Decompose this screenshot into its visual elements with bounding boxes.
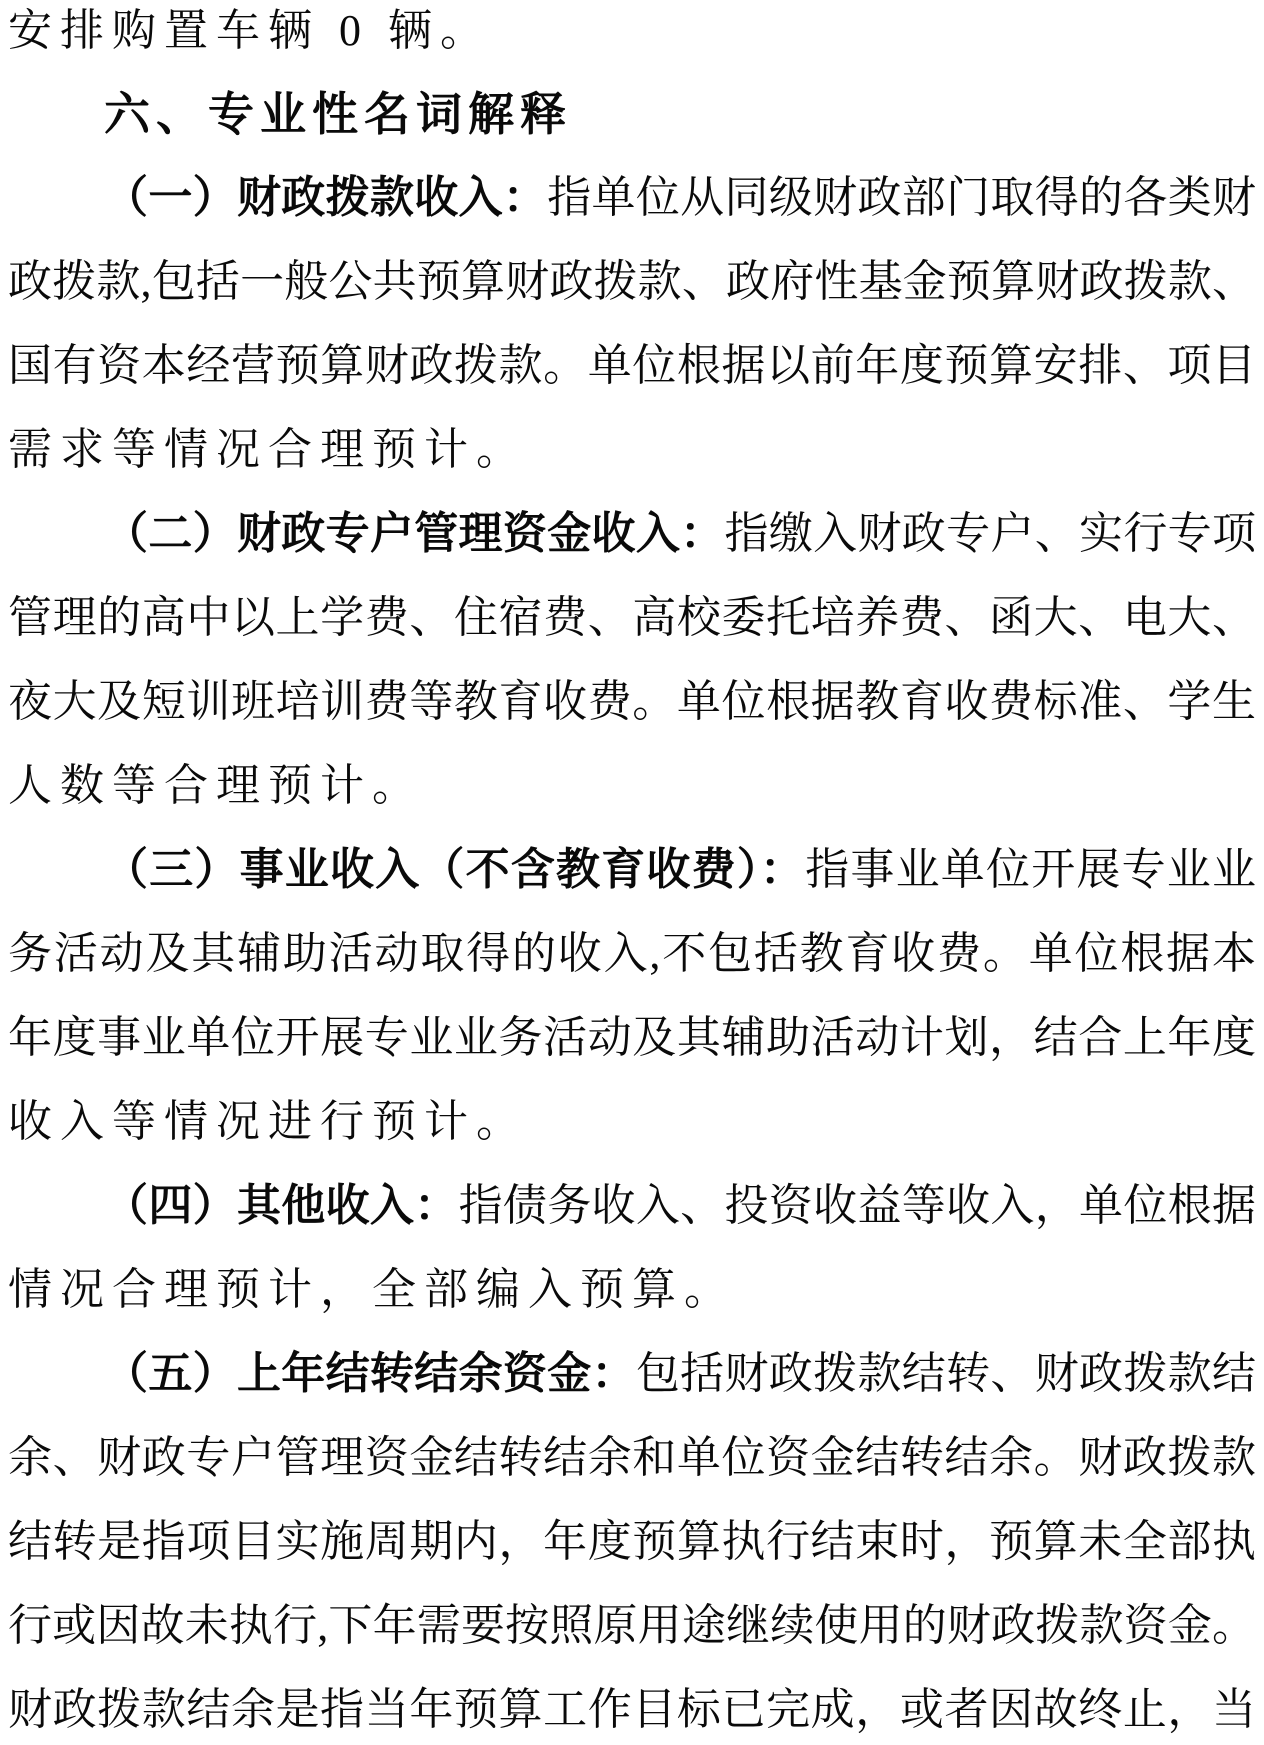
intro-line-text: 安排购置车辆 0 辆。 <box>8 6 492 55</box>
paragraph-1-line-1: （一）财政拨款收入：指单位从同级财政部门取得的各类财 <box>8 156 1256 240</box>
paragraph-3-line-2: 务活动及其辅助活动取得的收入,不包括教育收费。单位根据本 <box>8 912 1256 996</box>
paragraph-text: 行或因故未执行,下年需要按照原用途继续使用的财政拨款资金。 <box>8 1601 1256 1650</box>
term-2-label: （二）财政专户管理资金收入： <box>104 509 724 558</box>
paragraph-text: 结转是指项目实施周期内，年度预算执行结束时，预算未全部执 <box>8 1517 1256 1566</box>
paragraph-text: 包括财政拨款结转、财政拨款结 <box>636 1349 1256 1398</box>
paragraph-text: 指债务收入、投资收益等收入，单位根据 <box>459 1181 1256 1230</box>
term-1-label: （一）财政拨款收入： <box>104 173 547 222</box>
paragraph-1-line-4: 需求等情况合理预计。 <box>8 408 1256 492</box>
paragraph-5-line-3: 结转是指项目实施周期内，年度预算执行结束时，预算未全部执 <box>8 1500 1256 1584</box>
paragraph-5-line-1: （五）上年结转结余资金：包括财政拨款结转、财政拨款结 <box>8 1332 1256 1416</box>
paragraph-5-line-4: 行或因故未执行,下年需要按照原用途继续使用的财政拨款资金。 <box>8 1584 1256 1668</box>
paragraph-text: 需求等情况合理预计。 <box>8 425 528 474</box>
paragraph-text: 收入等情况进行预计。 <box>8 1097 528 1146</box>
term-3-label: （三）事业收入（不含教育收费）： <box>104 845 805 894</box>
paragraph-5-line-2: 余、财政专户管理资金结转结余和单位资金结转结余。财政拨款 <box>8 1416 1256 1500</box>
paragraph-3-line-1: （三）事业收入（不含教育收费）：指事业单位开展专业业 <box>8 828 1256 912</box>
paragraph-text: 财政拨款结余是指当年预算工作目标已完成，或者因故终止，当 <box>8 1685 1256 1734</box>
paragraph-2-line-3: 夜大及短训班培训费等教育收费。单位根据教育收费标准、学生 <box>8 660 1256 744</box>
paragraph-text: 政拨款,包括一般公共预算财政拨款、政府性基金预算财政拨款、 <box>8 257 1256 306</box>
paragraph-2-line-4: 人数等合理预计。 <box>8 744 1256 828</box>
term-5-label: （五）上年结转结余资金： <box>104 1349 636 1398</box>
paragraph-4-line-1: （四）其他收入：指债务收入、投资收益等收入，单位根据 <box>8 1164 1256 1248</box>
paragraph-text: 情况合理预计，全部编入预算。 <box>8 1265 736 1314</box>
term-4-label: （四）其他收入： <box>104 1181 459 1230</box>
paragraph-text: 夜大及短训班培训费等教育收费。单位根据教育收费标准、学生 <box>8 677 1256 726</box>
paragraph-text: 指缴入财政专户、实行专项 <box>724 509 1256 558</box>
intro-line: 安排购置车辆 0 辆。 <box>8 2 1256 60</box>
paragraph-text: 余、财政专户管理资金结转结余和单位资金结转结余。财政拨款 <box>8 1433 1256 1482</box>
paragraph-5-line-5: 财政拨款结余是指当年预算工作目标已完成，或者因故终止，当 <box>8 1668 1256 1745</box>
section-heading: 六、专业性名词解释 <box>8 72 1256 156</box>
paragraph-2-line-1: （二）财政专户管理资金收入：指缴入财政专户、实行专项 <box>8 492 1256 576</box>
document-page: 安排购置车辆 0 辆。 六、专业性名词解释 （一）财政拨款收入：指单位从同级财政… <box>0 0 1264 1745</box>
paragraph-text: 国有资本经营预算财政拨款。单位根据以前年度预算安排、项目 <box>8 341 1256 390</box>
paragraph-2-line-2: 管理的高中以上学费、住宿费、高校委托培养费、函大、电大、 <box>8 576 1256 660</box>
paragraph-3-line-4: 收入等情况进行预计。 <box>8 1080 1256 1164</box>
paragraph-1-line-3: 国有资本经营预算财政拨款。单位根据以前年度预算安排、项目 <box>8 324 1256 408</box>
paragraph-text: 人数等合理预计。 <box>8 761 424 810</box>
paragraph-text: 指事业单位开展专业业 <box>805 845 1256 894</box>
paragraph-text: 务活动及其辅助活动取得的收入,不包括教育收费。单位根据本 <box>8 929 1256 978</box>
paragraph-text: 管理的高中以上学费、住宿费、高校委托培养费、函大、电大、 <box>8 593 1256 642</box>
section-heading-text: 六、专业性名词解释 <box>104 88 572 140</box>
paragraph-1-line-2: 政拨款,包括一般公共预算财政拨款、政府性基金预算财政拨款、 <box>8 240 1256 324</box>
paragraph-3-line-3: 年度事业单位开展专业业务活动及其辅助活动计划，结合上年度 <box>8 996 1256 1080</box>
paragraph-4-line-2: 情况合理预计，全部编入预算。 <box>8 1248 1256 1332</box>
paragraph-text: 指单位从同级财政部门取得的各类财 <box>547 173 1256 222</box>
paragraph-text: 年度事业单位开展专业业务活动及其辅助活动计划，结合上年度 <box>8 1013 1256 1062</box>
